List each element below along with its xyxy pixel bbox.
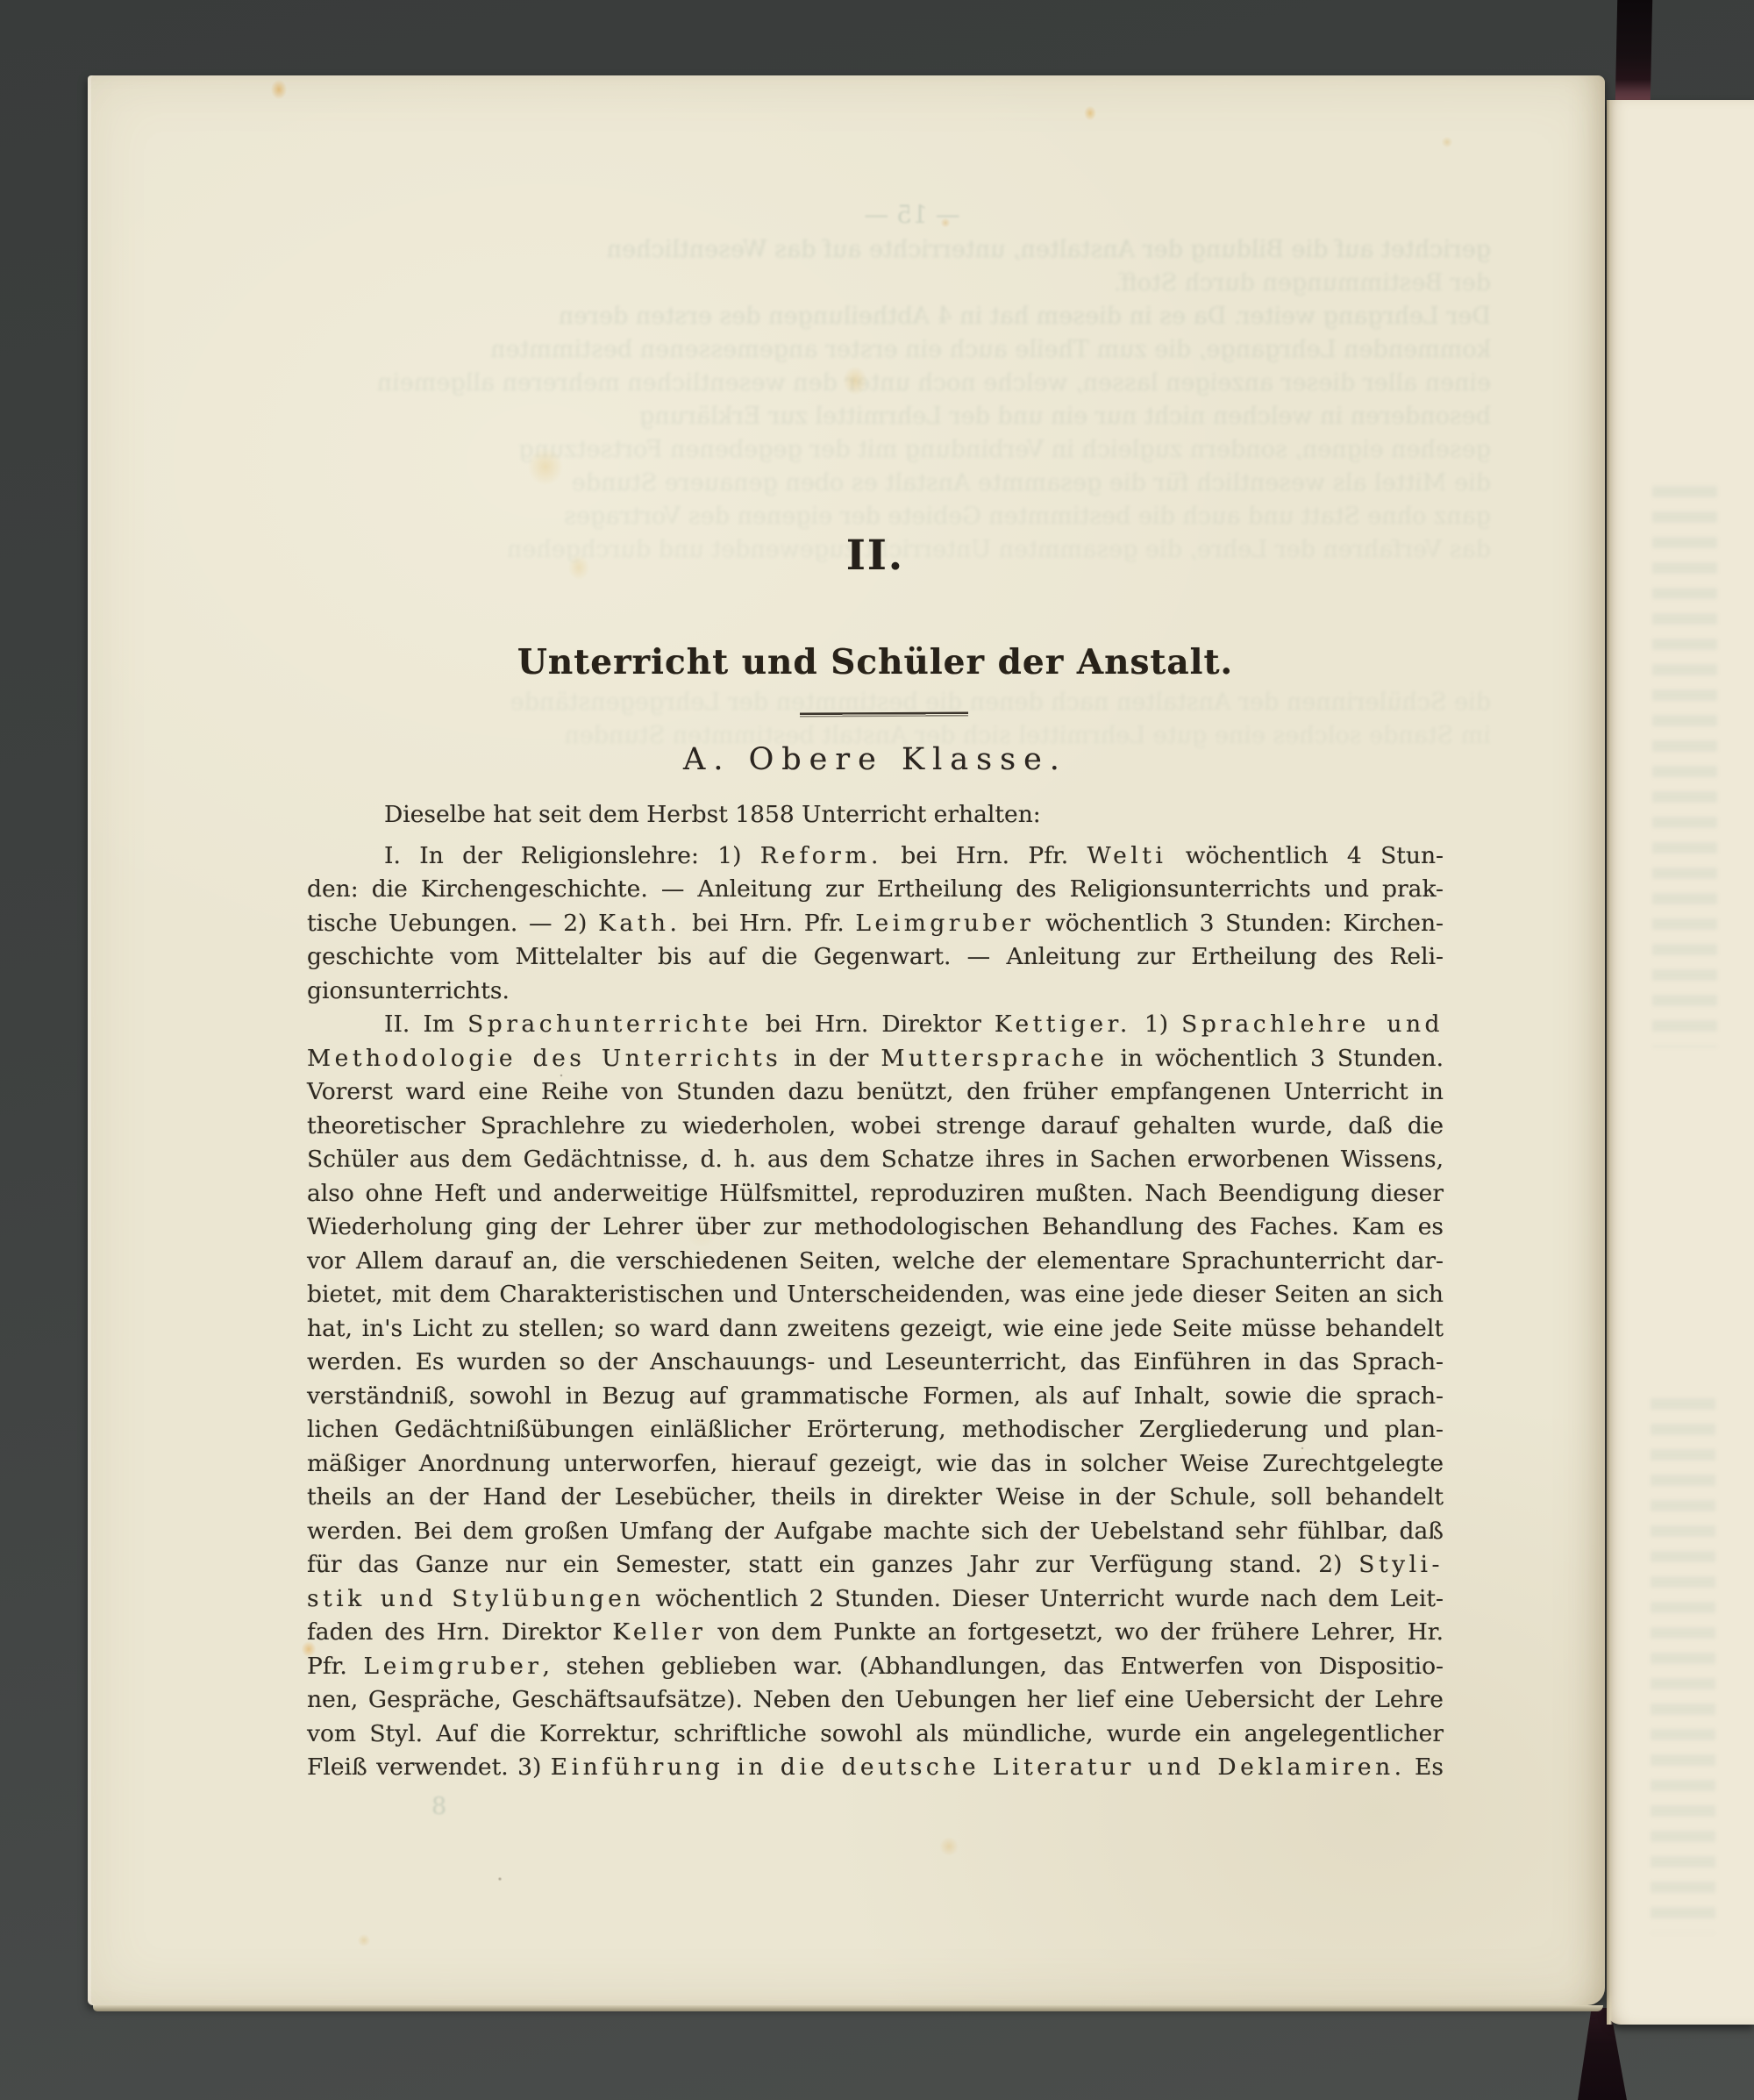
- emphasized-text: Einführung in die deutsche Literatur und…: [551, 1754, 1406, 1781]
- text-segment: II. Im: [384, 1011, 467, 1038]
- text-segment: nen, Gespräche, Geschäftsaufsätze). Nebe…: [307, 1686, 1444, 1713]
- text-segment: gionsunterrichts.: [307, 977, 510, 1004]
- text-segment: verständniß, sowohl in Bezug auf grammat…: [307, 1382, 1444, 1410]
- emphasized-text: Kettiger.: [995, 1011, 1131, 1038]
- bookmark-ribbon: [1615, 0, 1652, 102]
- text-segment: Vorerst ward eine Reihe von Stunden dazu…: [307, 1078, 1444, 1105]
- showthrough-column: [1652, 486, 1717, 1047]
- text-line: theoretischer Sprachlehre zu wiederholen…: [307, 1110, 1444, 1144]
- text-line: Wiederholung ging der Lehrer über zur me…: [307, 1211, 1444, 1245]
- text-line: geschichte vom Mittelalter bis auf die G…: [307, 940, 1444, 975]
- next-page-edge: [1607, 100, 1754, 2025]
- showthrough-line: kommenden Lehrgange, die zum Theile auch…: [193, 337, 1491, 363]
- text-line: vom Styl. Auf die Korrektur, schriftlich…: [307, 1718, 1444, 1752]
- text-segment: , stehen geblieben war. (Abhandlungen, d…: [542, 1653, 1444, 1680]
- book-page: gerichtet auf die Bildung der Anstalten,…: [88, 75, 1605, 2005]
- chapter-title: Unterricht und Schüler der Anstalt.: [307, 642, 1444, 682]
- emphasized-text: Styli-: [1358, 1551, 1444, 1578]
- text-line: faden des Hrn. Direktor Keller von dem P…: [307, 1616, 1444, 1650]
- showthrough-line: einen aller dieser anzeigen lassen, welc…: [193, 370, 1491, 396]
- text-segment: mäßiger Anordnung unterworfen, hierauf g…: [307, 1450, 1444, 1477]
- text-line: Vorerst ward eine Reihe von Stunden dazu…: [307, 1075, 1444, 1110]
- text-line: tische Uebungen. — 2) Kath. bei Hrn. Pfr…: [307, 907, 1444, 941]
- text-line: lichen Gedächtnißübungen einläßlicher Er…: [307, 1413, 1444, 1447]
- text-segment: theoretischer Sprachlehre zu wiederholen…: [307, 1112, 1444, 1139]
- text-segment: bei Hrn. Pfr.: [882, 842, 1087, 869]
- emphasized-text: Sprachlehre und: [1181, 1011, 1444, 1038]
- text-segment: werden. Es wurden so der Anschauungs- un…: [307, 1348, 1444, 1375]
- text-segment: Es: [1406, 1754, 1444, 1781]
- section-heading: A. Obere Klasse.: [307, 742, 1444, 777]
- showthrough-line: gesehen eignen, sondern zugleich in Verb…: [193, 437, 1491, 463]
- text-segment: bietet, mit dem Charakteristischen und U…: [307, 1281, 1444, 1308]
- showthrough-page-number: — 15 —: [781, 200, 1044, 229]
- gutter-crease: [1607, 100, 1613, 2025]
- text-segment: 1): [1131, 1011, 1181, 1038]
- emphasized-text: stik und Stylübungen: [307, 1585, 645, 1612]
- emphasized-text: Reform.: [760, 842, 882, 869]
- showthrough-line: besonderen in welchen nicht nur ein und …: [193, 404, 1491, 430]
- emphasized-text: Sprachunterrichte: [467, 1011, 752, 1038]
- text-segment: Fleiß verwendet. 3): [307, 1754, 551, 1781]
- emphasized-text: Leimgruber: [363, 1653, 542, 1680]
- text-segment: vom Styl. Auf die Korrektur, schriftlich…: [307, 1720, 1444, 1747]
- text-line: Schüler aus dem Gedächtnisse, d. h. aus …: [307, 1143, 1444, 1177]
- text-segment: vor Allem darauf an, die verschiedenen S…: [307, 1247, 1444, 1275]
- emphasized-text: Leimgruber: [855, 910, 1034, 937]
- emphasized-text: Muttersprache: [881, 1045, 1108, 1072]
- showthrough-line: die Mittel als wesentlich für die gesamm…: [193, 470, 1491, 496]
- text-line: hat, in's Licht zu stellen; so ward dann…: [307, 1312, 1444, 1346]
- text-line: theils an der Hand der Lesebücher, theil…: [307, 1481, 1444, 1515]
- text-segment: geschichte vom Mittelalter bis auf die G…: [307, 943, 1444, 970]
- text-segment: also ohne Heft und anderweitige Hülfsmit…: [307, 1180, 1444, 1207]
- text-segment: wöchentlich 3 Stunden: Kirchen-: [1034, 910, 1444, 937]
- body-text: Dieselbe hat seit dem Herbst 1858 Unterr…: [307, 798, 1444, 1785]
- text-segment: bei Hrn. Direktor: [752, 1011, 995, 1038]
- text-line: gionsunterrichts.: [307, 975, 1444, 1009]
- emphasized-text: Keller: [612, 1618, 706, 1646]
- text-line: werden. Es wurden so der Anschauungs- un…: [307, 1346, 1444, 1380]
- text-line: vor Allem darauf an, die verschiedenen S…: [307, 1245, 1444, 1279]
- text-line: den: die Kirchengeschichte. — Anleitung …: [307, 873, 1444, 907]
- emphasized-text: Kath.: [598, 910, 681, 937]
- text-line: Pfr. Leimgruber, stehen geblieben war. (…: [307, 1650, 1444, 1684]
- text-line: I. In der Religionslehre: 1) Reform. bei…: [307, 839, 1444, 874]
- showthrough-line: Der Lehrgang weiter. Da es in diesem hat…: [193, 304, 1491, 330]
- text-line: verständniß, sowohl in Bezug auf grammat…: [307, 1380, 1444, 1414]
- text-line: also ohne Heft und anderweitige Hülfsmit…: [307, 1177, 1444, 1211]
- text-segment: wöchentlich 4 Stun-: [1166, 842, 1444, 869]
- text-line: stik und Stylübungen wöchentlich 2 Stund…: [307, 1582, 1444, 1617]
- text-line: II. Im Sprachunterrichte bei Hrn. Direkt…: [307, 1008, 1444, 1042]
- text-segment: bei Hrn. Pfr.: [681, 910, 855, 937]
- emphasized-text: Welti: [1087, 842, 1167, 869]
- text-line: für das Ganze nur ein Semester, statt ei…: [307, 1548, 1444, 1582]
- showthrough-signature-mark: 8: [431, 1793, 446, 1820]
- text-segment: theils an der Hand der Lesebücher, theil…: [307, 1483, 1444, 1511]
- section-divider: [800, 711, 968, 717]
- showthrough-column: [1651, 1398, 1715, 1933]
- text-segment: lichen Gedächtnißübungen einläßlicher Er…: [307, 1416, 1444, 1443]
- text-segment: wöchentlich 2 Stunden. Dieser Unterricht…: [645, 1585, 1444, 1612]
- text-segment: in wöchentlich 3 Stunden.: [1108, 1045, 1444, 1072]
- text-line: Dieselbe hat seit dem Herbst 1858 Unterr…: [307, 798, 1444, 832]
- showthrough-line: der Bestimmungen durch Stoff.: [193, 270, 1491, 296]
- text-segment: Schüler aus dem Gedächtnisse, d. h. aus …: [307, 1146, 1444, 1173]
- text-segment: Pfr.: [307, 1653, 363, 1680]
- text-line: Fleiß verwendet. 3) Einführung in die de…: [307, 1751, 1444, 1785]
- text-segment: den: die Kirchengeschichte. — Anleitung …: [307, 875, 1444, 903]
- text-segment: von dem Punkte an fortgesetzt, wo der fr…: [706, 1618, 1444, 1646]
- text-line: nen, Gespräche, Geschäftsaufsätze). Nebe…: [307, 1683, 1444, 1718]
- text-segment: für das Ganze nur ein Semester, statt ei…: [307, 1551, 1358, 1578]
- text-line: werden. Bei dem großen Umfang der Aufgab…: [307, 1515, 1444, 1549]
- text-segment: tische Uebungen. — 2): [307, 910, 598, 937]
- chapter-numeral: II.: [307, 532, 1444, 580]
- text-segment: hat, in's Licht zu stellen; so ward dann…: [307, 1315, 1444, 1342]
- text-line: Methodologie des Unterrichts in der Mutt…: [307, 1042, 1444, 1076]
- text-line: bietet, mit dem Charakteristischen und U…: [307, 1278, 1444, 1312]
- text-segment: werden. Bei dem großen Umfang der Aufgab…: [307, 1518, 1444, 1545]
- showthrough-line: ganz ohne Statt und auch die bestimmten …: [193, 504, 1491, 530]
- showthrough-line: gerichtet auf die Bildung der Anstalten,…: [193, 237, 1491, 263]
- text-segment: I. In der Religionslehre: 1): [384, 842, 760, 869]
- text-segment: Wiederholung ging der Lehrer über zur me…: [307, 1213, 1444, 1240]
- text-segment: faden des Hrn. Direktor: [307, 1618, 612, 1646]
- text-line: mäßiger Anordnung unterworfen, hierauf g…: [307, 1447, 1444, 1482]
- text-segment: in der: [781, 1045, 881, 1072]
- text-segment: Dieselbe hat seit dem Herbst 1858 Unterr…: [384, 801, 1041, 828]
- emphasized-text: Methodologie des Unterrichts: [307, 1045, 781, 1072]
